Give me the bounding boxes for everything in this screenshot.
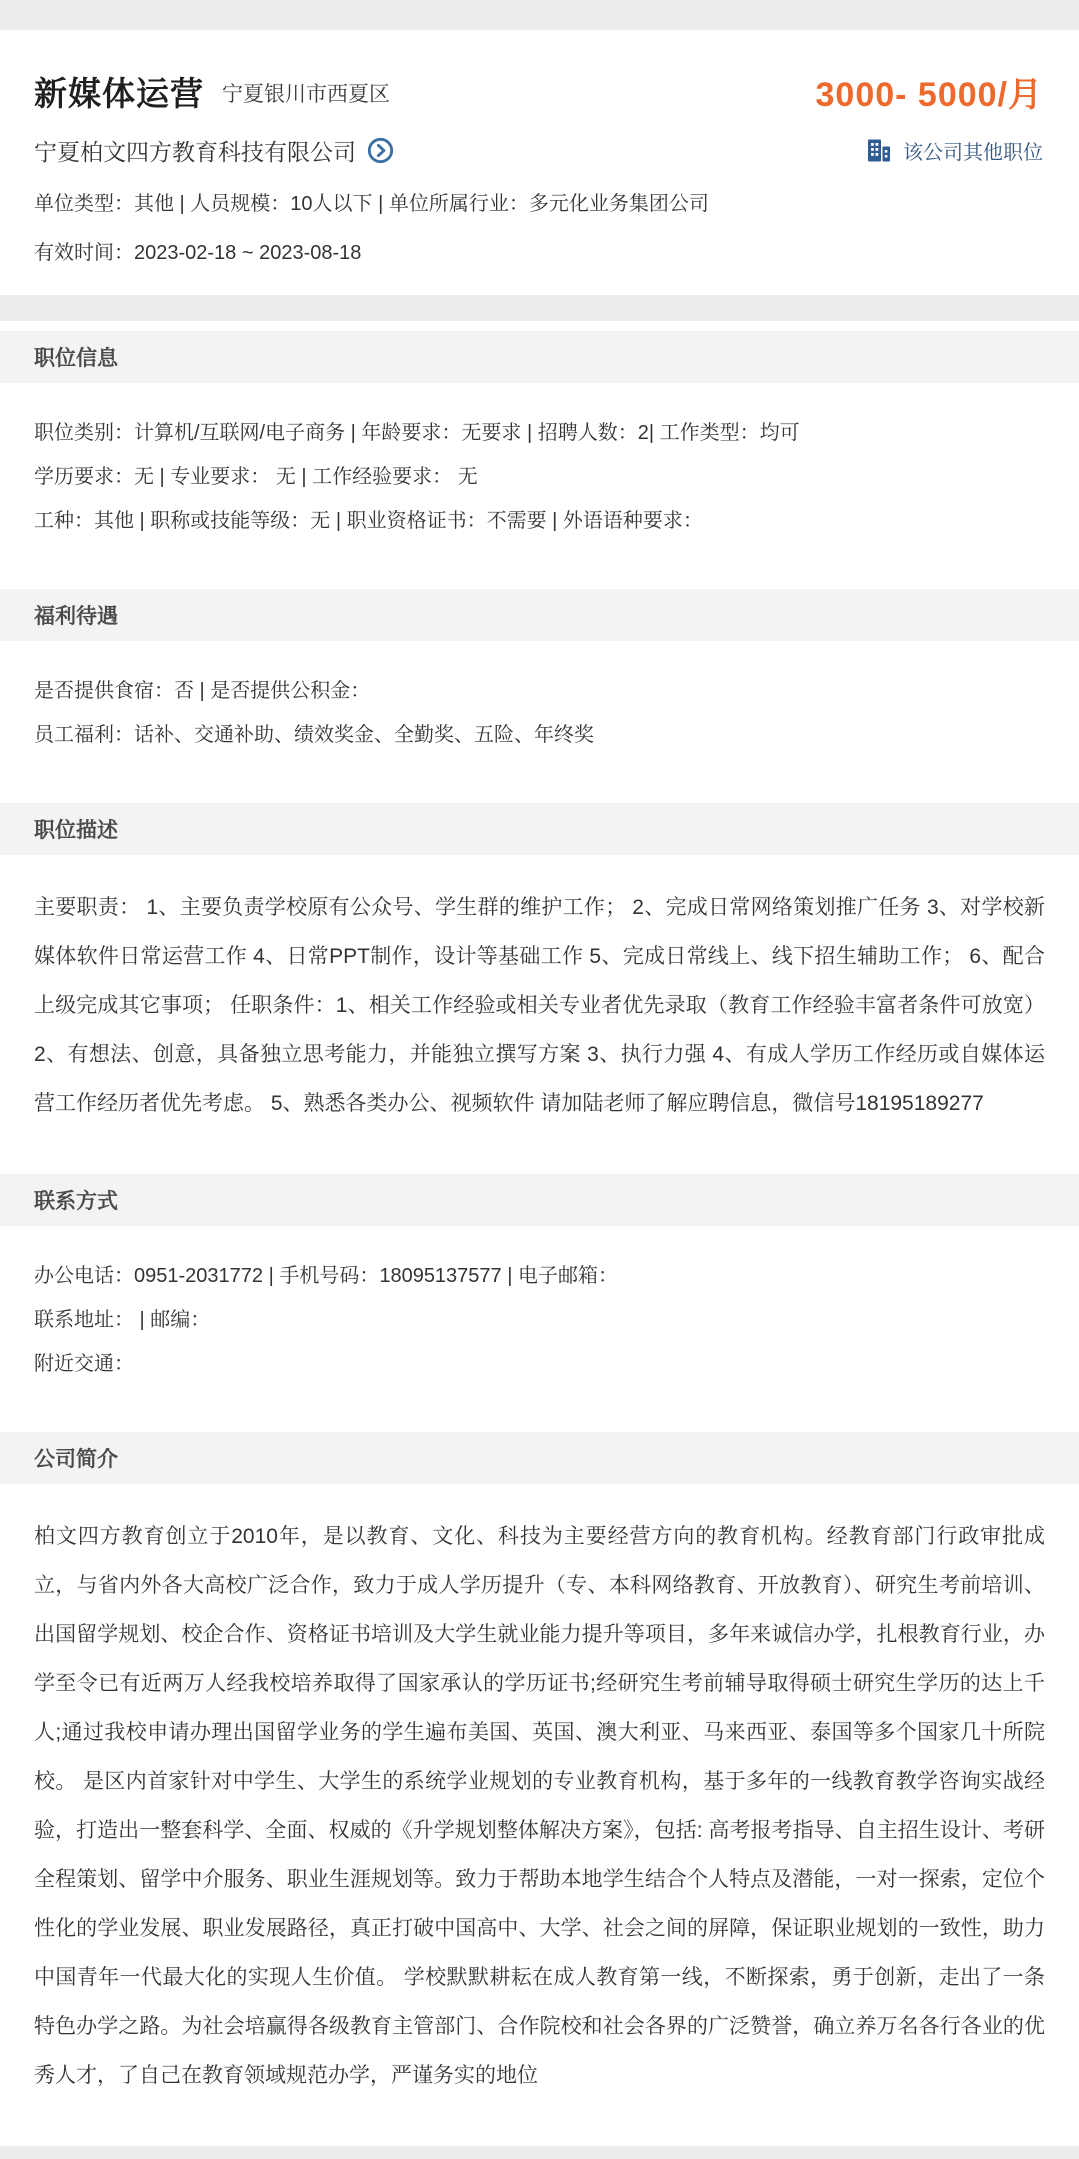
section-content-benefits: 是否提供食宿：否 | 是否提供公积金： 员工福利：话补、交通补助、绩效奖金、全勤… xyxy=(0,641,1079,803)
job-location: 宁夏银川市西夏区 xyxy=(222,78,390,112)
section-content-job-info: 职位类别：计算机/互联网/电子商务 | 年龄要求：无要求 | 招聘人数：2| 工… xyxy=(0,383,1079,589)
company-building-icon xyxy=(865,138,892,163)
job-title: 新媒体运营 xyxy=(34,76,204,112)
company-row: 宁夏柏文四方教育科技有限公司 xyxy=(34,134,1043,167)
section-contact: 联系方式 办公电话：0951-2031772 | 手机号码：1809513757… xyxy=(0,1174,1079,1432)
job-header-card: 新媒体运营 宁夏银川市西夏区 3000- 5000/月 宁夏柏文四方教育科技有限… xyxy=(0,30,1079,295)
section-header-company-profile: 公司简介 xyxy=(0,1432,1079,1484)
salary-range: 3000- 5000/月 xyxy=(816,78,1044,112)
section-header-contact: 联系方式 xyxy=(0,1174,1079,1226)
section-company-profile: 公司简介 柏文四方教育创立于2010年，是以教育、文化、科技为主要经营方向的教育… xyxy=(0,1432,1079,2146)
section-job-info: 职位信息 职位类别：计算机/互联网/电子商务 | 年龄要求：无要求 | 招聘人数… xyxy=(0,331,1079,589)
info-line-category: 职位类别：计算机/互联网/电子商务 | 年龄要求：无要求 | 招聘人数：2| 工… xyxy=(34,411,1045,455)
section-title: 福利待遇 xyxy=(34,600,118,630)
job-detail-page: 新媒体运营 宁夏银川市西夏区 3000- 5000/月 宁夏柏文四方教育科技有限… xyxy=(0,0,1079,2159)
section-header-job-description: 职位描述 xyxy=(0,803,1079,855)
section-title: 职位描述 xyxy=(34,814,118,844)
info-line-boarding: 是否提供食宿：否 | 是否提供公积金： xyxy=(34,669,1045,713)
company-link[interactable]: 宁夏柏文四方教育科技有限公司 xyxy=(34,134,394,167)
section-title: 职位信息 xyxy=(34,342,118,372)
section-header-job-info: 职位信息 xyxy=(0,331,1079,383)
company-profile-text: 柏文四方教育创立于2010年，是以教育、文化、科技为主要经营方向的教育机构。经教… xyxy=(34,1512,1045,2100)
page-top-strip xyxy=(0,0,1079,30)
other-jobs-link[interactable]: 该公司其他职位 xyxy=(865,136,1043,165)
section-title: 公司简介 xyxy=(34,1443,118,1473)
info-line-welfare: 员工福利：话补、交通补助、绩效奖金、全勤奖、五险、年终奖 xyxy=(34,713,1045,757)
job-detail-body: 职位信息 职位类别：计算机/互联网/电子商务 | 年龄要求：无要求 | 招聘人数… xyxy=(0,321,1079,2146)
section-header-benefits: 福利待遇 xyxy=(0,589,1079,641)
chevron-right-circle-icon[interactable] xyxy=(367,137,394,164)
other-jobs-label: 该公司其他职位 xyxy=(903,136,1043,165)
company-meta-line: 单位类型：其他 | 人员规模：10人以下 | 单位所属行业：多元化业务集团公司 xyxy=(34,187,1043,216)
section-benefits: 福利待遇 是否提供食宿：否 | 是否提供公积金： 员工福利：话补、交通补助、绩效… xyxy=(0,589,1079,803)
info-line-transport: 附近交通： xyxy=(34,1342,1045,1386)
info-line-address: 联系地址： | 邮编： xyxy=(34,1298,1045,1342)
section-content-contact: 办公电话：0951-2031772 | 手机号码：18095137577 | 电… xyxy=(0,1226,1079,1432)
section-content-company-profile: 柏文四方教育创立于2010年，是以教育、文化、科技为主要经营方向的教育机构。经教… xyxy=(0,1484,1079,2146)
info-line-phone: 办公电话：0951-2031772 | 手机号码：18095137577 | 电… xyxy=(34,1254,1045,1298)
card-gap xyxy=(0,295,1079,321)
info-line-trade: 工种：其他 | 职称或技能等级：无 | 职业资格证书：不需要 | 外语语种要求： xyxy=(34,499,1045,543)
title-row: 新媒体运营 宁夏银川市西夏区 3000- 5000/月 xyxy=(34,76,1043,112)
section-content-job-description: 主要职责： 1、主要负责学校原有公众号、学生群的维护工作； 2、完成日常网络策划… xyxy=(0,855,1079,1174)
valid-period-line: 有效时间：2023-02-18 ~ 2023-08-18 xyxy=(34,236,1043,265)
section-job-description: 职位描述 主要职责： 1、主要负责学校原有公众号、学生群的维护工作； 2、完成日… xyxy=(0,803,1079,1174)
company-name: 宁夏柏文四方教育科技有限公司 xyxy=(34,134,356,167)
section-title: 联系方式 xyxy=(34,1185,118,1215)
info-line-education: 学历要求：无 | 专业要求： 无 | 工作经验要求： 无 xyxy=(34,455,1045,499)
job-description-text: 主要职责： 1、主要负责学校原有公众号、学生群的维护工作； 2、完成日常网络策划… xyxy=(34,883,1045,1128)
